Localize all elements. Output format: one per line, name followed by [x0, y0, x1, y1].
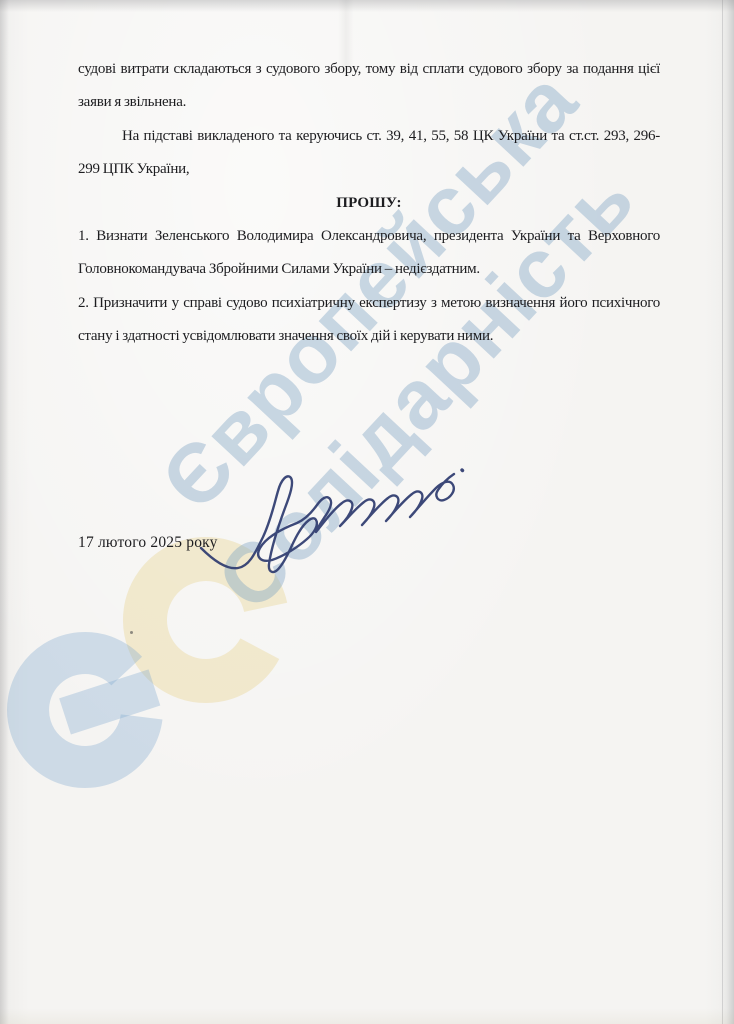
scan-edge-top: [0, 0, 734, 12]
scan-edge-bottom: [0, 1008, 734, 1024]
paragraph2-line1: На підставі викладеного та керуючись ст.…: [78, 120, 660, 153]
paragraph4-line2: стану і здатності усвідомлювати значення…: [78, 320, 660, 353]
paragraph1-line1: судові витрати складаються з судового зб…: [78, 53, 660, 86]
signature-ink: [188, 445, 478, 585]
petition-heading: ПРОШУ:: [78, 187, 660, 220]
paper-edge-line: [722, 0, 723, 1024]
paragraph3-line1: 1. Визнати Зеленського Володимира Олекса…: [78, 220, 660, 253]
document-body: судові витрати складаються з судового зб…: [78, 53, 660, 354]
scan-edge-right: [721, 0, 734, 1024]
scan-edge-left: [0, 0, 9, 1024]
scanned-document-page: Європейська Солідарність судові витрати …: [0, 0, 734, 1024]
paragraph2-line2: 299 ЦПК України,: [78, 153, 660, 186]
paragraph4-line1: 2. Призначити у справі судово психіатрич…: [78, 287, 660, 320]
paragraph3-line2: Головнокомандувача Збройними Силами Укра…: [78, 253, 660, 286]
logo-letter-ye: [13, 633, 172, 782]
paragraph1-line2: заяви я звільнена.: [78, 86, 660, 119]
scan-speck: [130, 631, 133, 634]
paper-crease: [338, 0, 354, 70]
